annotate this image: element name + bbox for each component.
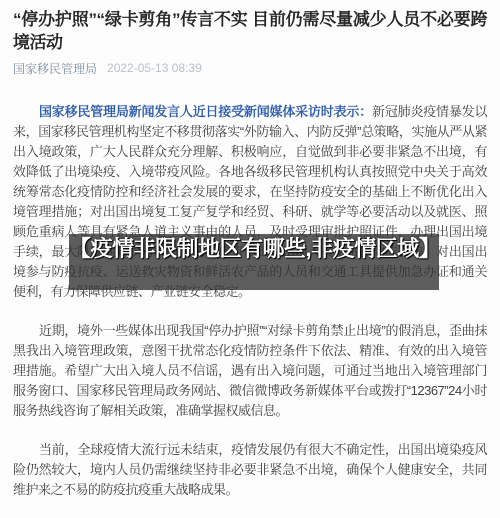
article-date: 2022-05-13 08:39 (107, 61, 202, 75)
paragraph-2: 近期，境外一些媒体出现我国“停办护照”“对绿卡剪角禁止出境”的假消息，歪曲抹黑我… (13, 321, 487, 421)
article-body: 国家移民管理局新闻发言人近日接受新闻媒体采访时表示：新冠肺炎疫情暴发以来，国家移… (13, 102, 487, 500)
page-title: “停办护照”“绿卡剪角”传言不实 目前仍需尽量减少人员不必要跨境活动 (13, 8, 487, 54)
paragraph-1-lead: 国家移民管理局新闻发言人近日接受新闻媒体采访时表示： (39, 104, 372, 119)
watermark-overlay: 【疫情非限制地区有哪些,非疫情区域】 (69, 234, 439, 290)
article-page: “停办护照”“绿卡剪角”传言不实 目前仍需尽量减少人员不必要跨境活动 国家移民管… (0, 0, 500, 518)
paragraph-2-text: 近期，境外一些媒体出现我国“停办护照”“对绿卡剪角禁止出境”的假消息，歪曲抹黑我… (13, 323, 487, 418)
article-meta: 国家移民管理局 2022-05-13 08:39 (13, 60, 487, 76)
paragraph-3-text: 当前，全球疫情大流行远未结束，疫情发展仍有很大不确定性，出国出境染疫风险仍然较大… (13, 442, 487, 497)
paragraph-3: 当前，全球疫情大流行远未结束，疫情发展仍有很大不确定性，出国出境染疫风险仍然较大… (13, 440, 487, 500)
article-source: 国家移民管理局 (13, 60, 97, 77)
